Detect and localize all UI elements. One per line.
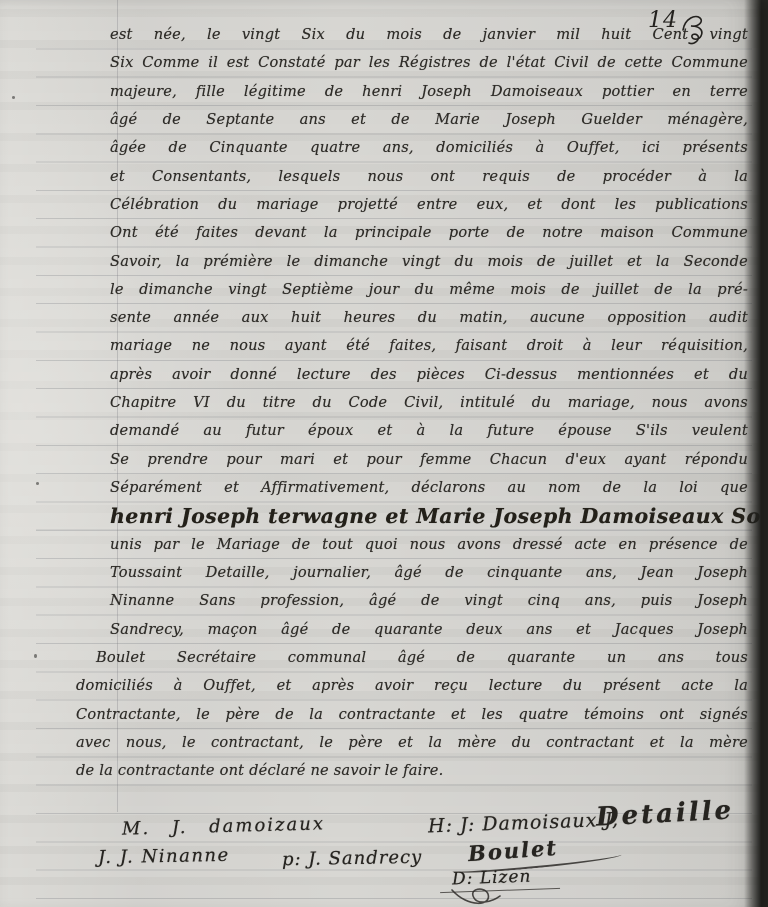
document-line: sente année aux huit heures du matin, au… bbox=[110, 304, 748, 332]
document-line: Célébration du mariage projetté entre eu… bbox=[110, 191, 748, 219]
document-line: mariage ne nous ayant été faites, faisan… bbox=[110, 332, 748, 360]
document-line: Ont été faites devant la principale port… bbox=[110, 219, 748, 247]
document-line: Contractante, le père de la contractante… bbox=[76, 701, 748, 729]
ink-speck bbox=[12, 96, 15, 99]
register-page-scan: 14 est née, le vingt Six du mois de janv… bbox=[0, 0, 768, 907]
document-line: est née, le vingt Six du mois de janvier… bbox=[110, 21, 748, 49]
document-line: le dimanche vingt Septième jour du même … bbox=[110, 276, 748, 304]
document-line: Chapitre VI du titre du Code Civil, inti… bbox=[110, 389, 748, 417]
signature-detaille: Detaille bbox=[595, 795, 735, 832]
document-line: Toussaint Detaille, journalier, âgé de c… bbox=[110, 559, 748, 587]
document-line: Se prendre pour mari et pour femme Chacu… bbox=[110, 446, 748, 474]
document-line: âgé de Septante ans et de Marie Joseph G… bbox=[110, 106, 748, 134]
document-line: avec nous, le contractant, le père et la… bbox=[76, 729, 748, 757]
document-line: et Consentants, lesquels nous ont requis… bbox=[110, 163, 748, 191]
signature-boulet: Boulet bbox=[467, 835, 559, 866]
document-line: demandé au futur époux et à la future ép… bbox=[110, 417, 748, 445]
document-line: Sandrecy, maçon âgé de quarante deux ans… bbox=[110, 616, 748, 644]
document-line: domiciliés à Ouffet, et après avoir reçu… bbox=[76, 672, 748, 700]
document-line: unis par le Mariage de tout quoi nous av… bbox=[110, 531, 748, 559]
signature-jj-ninanne: J. J. Ninanne bbox=[98, 845, 230, 868]
document-line: Boulet Secrétaire communal âgé de quaran… bbox=[96, 644, 748, 672]
signature-j-sandrecy: p: J. Sandrecy bbox=[282, 847, 423, 870]
signature-hj-damoisaux: H: J: Damoisaux J, bbox=[428, 809, 620, 838]
ink-speck bbox=[34, 654, 37, 658]
document-line: de la contractante ont déclaré ne savoir… bbox=[76, 757, 748, 785]
document-line: Savoir, la prémière le dimanche vingt du… bbox=[110, 248, 748, 276]
signature-mj-damoizaux: M. J. damoizaux bbox=[122, 813, 325, 839]
ink-speck bbox=[36, 482, 39, 485]
signature-d-lizen: D: Lizen bbox=[452, 867, 532, 890]
document-line: majeure, fille légitime de henri Joseph … bbox=[110, 78, 748, 106]
act-body-text: est née, le vingt Six du mois de janvier… bbox=[110, 21, 748, 785]
document-line: Séparément et Affirmativement, déclarons… bbox=[110, 474, 748, 502]
document-line: après avoir donné lecture des pièces Ci-… bbox=[110, 361, 748, 389]
document-line: âgée de Cinquante quatre ans, domiciliés… bbox=[110, 134, 748, 162]
document-line: Ninanne Sans profession, âgé de vingt ci… bbox=[110, 587, 748, 615]
document-line-spouses-names: henri Joseph terwagne et Marie Joseph Da… bbox=[110, 502, 748, 530]
document-line: Six Comme il est Constaté par les Régist… bbox=[110, 49, 748, 77]
